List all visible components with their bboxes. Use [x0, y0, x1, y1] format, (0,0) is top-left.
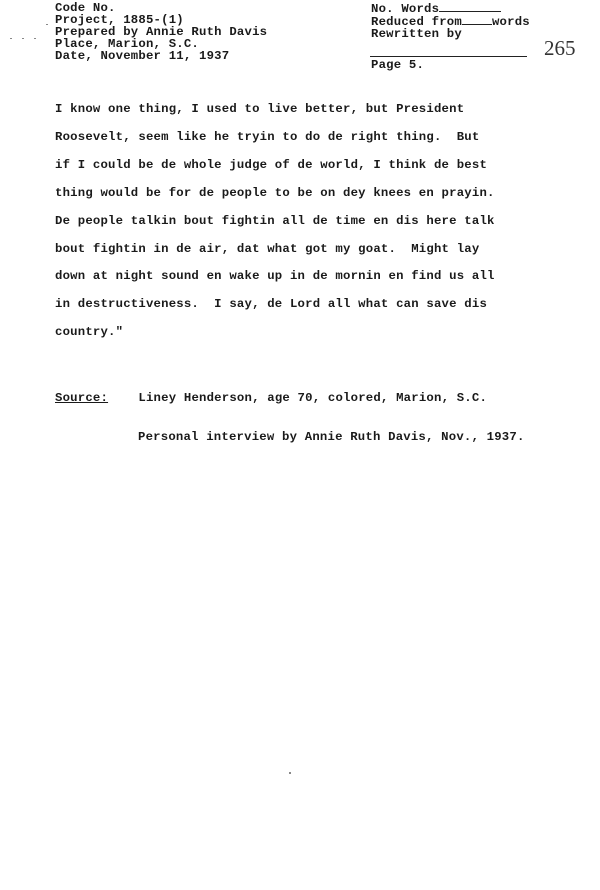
body-line: bout fightin in de air, dat what got my … — [55, 236, 495, 264]
body-line: I know one thing, I used to live better,… — [55, 96, 495, 124]
header-right-block: No. Words Reduced fromwords Rewritten by — [371, 2, 530, 40]
speck — [34, 38, 36, 39]
date: Date, November 11, 1937 — [55, 50, 267, 62]
speck — [10, 38, 12, 39]
header-rule — [370, 56, 527, 57]
no-words-label: No. Words — [371, 2, 439, 16]
body-line: in destructiveness. I say, de Lord all w… — [55, 291, 495, 319]
speck — [46, 24, 48, 25]
stamp-number: 265 — [544, 36, 576, 61]
interview-credit: Personal interview by Annie Ruth Davis, … — [138, 430, 525, 444]
header-left-block: Code No. Project, 1885-(1) Prepared by A… — [55, 2, 267, 62]
source-text: Liney Henderson, age 70, colored, Marion… — [138, 391, 487, 405]
body-line: Roosevelt, seem like he tryin to do de r… — [55, 124, 495, 152]
source-line: Source: Liney Henderson, age 70, colored… — [55, 391, 487, 405]
page-number: Page 5. — [371, 58, 424, 72]
no-words-line: No. Words — [371, 2, 530, 15]
body-text: I know one thing, I used to live better,… — [55, 96, 495, 347]
body-line: De people talkin bout fightin all de tim… — [55, 208, 495, 236]
body-line: country." — [55, 319, 495, 347]
reduced-from-blank — [462, 15, 492, 25]
source-label: Source: — [55, 391, 108, 405]
speck — [289, 773, 291, 774]
speck — [22, 38, 24, 39]
reduced-words-suffix: words — [492, 15, 530, 29]
body-line: if I could be de whole judge of de world… — [55, 152, 495, 180]
no-words-blank — [439, 2, 501, 12]
body-line: down at night sound en wake up in de mor… — [55, 263, 495, 291]
rewritten-by: Rewritten by — [371, 28, 530, 40]
body-line: thing would be for de people to be on de… — [55, 180, 495, 208]
